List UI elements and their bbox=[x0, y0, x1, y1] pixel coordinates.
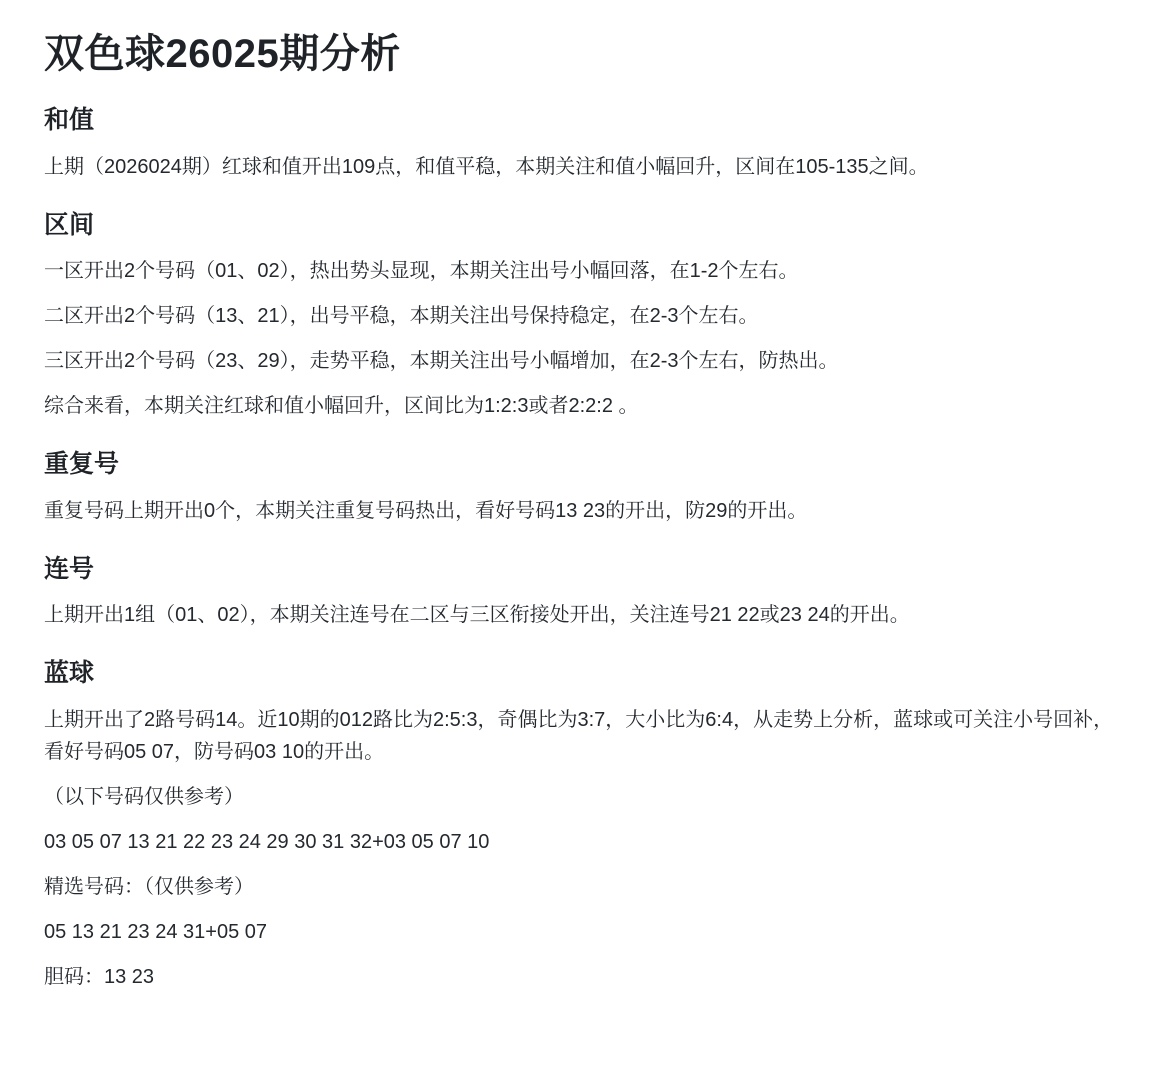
section-heading-repeat-numbers: 重复号 bbox=[44, 448, 1118, 481]
section-heading-sum-value: 和值 bbox=[44, 104, 1118, 137]
section-heading-blue-ball: 蓝球 bbox=[44, 657, 1118, 690]
zone1-paragraph: 一区开出2个号码（01、02），热出势头显现，本期关注出号小幅回落，在1-2个左… bbox=[44, 255, 1118, 287]
section-heading-zones: 区间 bbox=[44, 209, 1118, 242]
sum-value-paragraph: 上期（2026024期）红球和值开出109点，和值平稳，本期关注和值小幅回升，区… bbox=[44, 151, 1118, 183]
recommended-numbers-line: 03 05 07 13 21 22 23 24 29 30 31 32+03 0… bbox=[44, 826, 1118, 858]
repeat-numbers-paragraph: 重复号码上期开出0个，本期关注重复号码热出，看好号码13 23的开出，防29的开… bbox=[44, 495, 1118, 527]
selected-numbers-label: 精选号码：（仅供参考） bbox=[44, 871, 1118, 903]
section-repeat-numbers: 重复号 重复号码上期开出0个，本期关注重复号码热出，看好号码13 23的开出，防… bbox=[44, 448, 1118, 527]
section-blue-ball: 蓝球 上期开出了2路号码14。近10期的012路比为2:5:3，奇偶比为3:7，… bbox=[44, 657, 1118, 993]
zone2-paragraph: 二区开出2个号码（13、21），出号平稳，本期关注出号保持稳定，在2-3个左右。 bbox=[44, 300, 1118, 332]
page-title: 双色球26025期分析 bbox=[44, 30, 1118, 78]
reference-note-paragraph: （以下号码仅供参考） bbox=[44, 781, 1118, 813]
section-sum-value: 和值 上期（2026024期）红球和值开出109点，和值平稳，本期关注和值小幅回… bbox=[44, 104, 1118, 183]
consecutive-numbers-paragraph: 上期开出1组（01、02），本期关注连号在二区与三区衔接处开出，关注连号21 2… bbox=[44, 599, 1118, 631]
section-zones: 区间 一区开出2个号码（01、02），热出势头显现，本期关注出号小幅回落，在1-… bbox=[44, 209, 1118, 423]
zone3-paragraph: 三区开出2个号码（23、29），走势平稳，本期关注出号小幅增加，在2-3个左右，… bbox=[44, 345, 1118, 377]
selected-numbers-line: 05 13 21 23 24 31+05 07 bbox=[44, 916, 1118, 948]
dan-ma-line: 胆码：13 23 bbox=[44, 961, 1118, 993]
zones-summary-paragraph: 综合来看，本期关注红球和值小幅回升，区间比为1:2:3或者2:2:2 。 bbox=[44, 390, 1118, 422]
section-consecutive-numbers: 连号 上期开出1组（01、02），本期关注连号在二区与三区衔接处开出，关注连号2… bbox=[44, 553, 1118, 632]
blue-ball-analysis-paragraph: 上期开出了2路号码14。近10期的012路比为2:5:3，奇偶比为3:7，大小比… bbox=[44, 704, 1118, 768]
section-heading-consecutive-numbers: 连号 bbox=[44, 553, 1118, 586]
lottery-analysis-article: 双色球26025期分析 和值 上期（2026024期）红球和值开出109点，和值… bbox=[0, 0, 1162, 1026]
